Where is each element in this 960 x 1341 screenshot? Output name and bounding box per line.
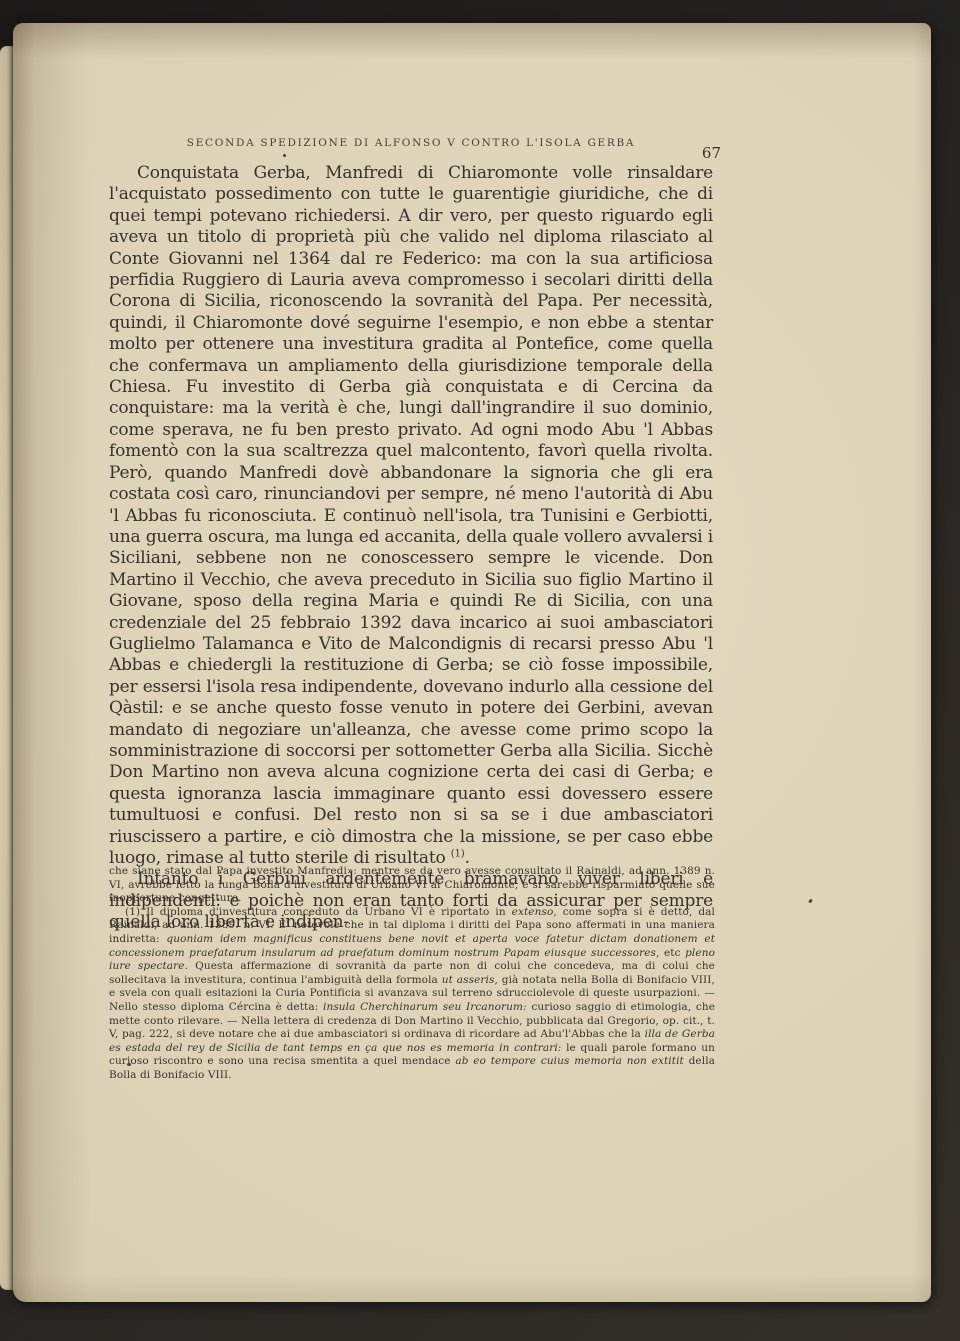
footnote-continuation: che siane stato dal Papa investito Manfr… xyxy=(109,865,715,906)
scanned-book-photo: SECONDA SPEDIZIONE DI ALFONSO V CONTRO L… xyxy=(0,0,960,1341)
body-text: Conquistata Gerba, Manfredi di Chiaromon… xyxy=(109,163,713,934)
page-number: 67 xyxy=(109,144,721,162)
ink-speck xyxy=(808,899,813,904)
book-page: SECONDA SPEDIZIONE DI ALFONSO V CONTRO L… xyxy=(13,23,931,1302)
body-paragraph-1: Conquistata Gerba, Manfredi di Chiaromon… xyxy=(109,163,713,869)
footnote-1: (1) Il diploma d'investitura conceduto d… xyxy=(109,906,715,1083)
footnotes-section: che siane stato dal Papa investito Manfr… xyxy=(109,865,715,1083)
ink-speck xyxy=(283,154,286,157)
